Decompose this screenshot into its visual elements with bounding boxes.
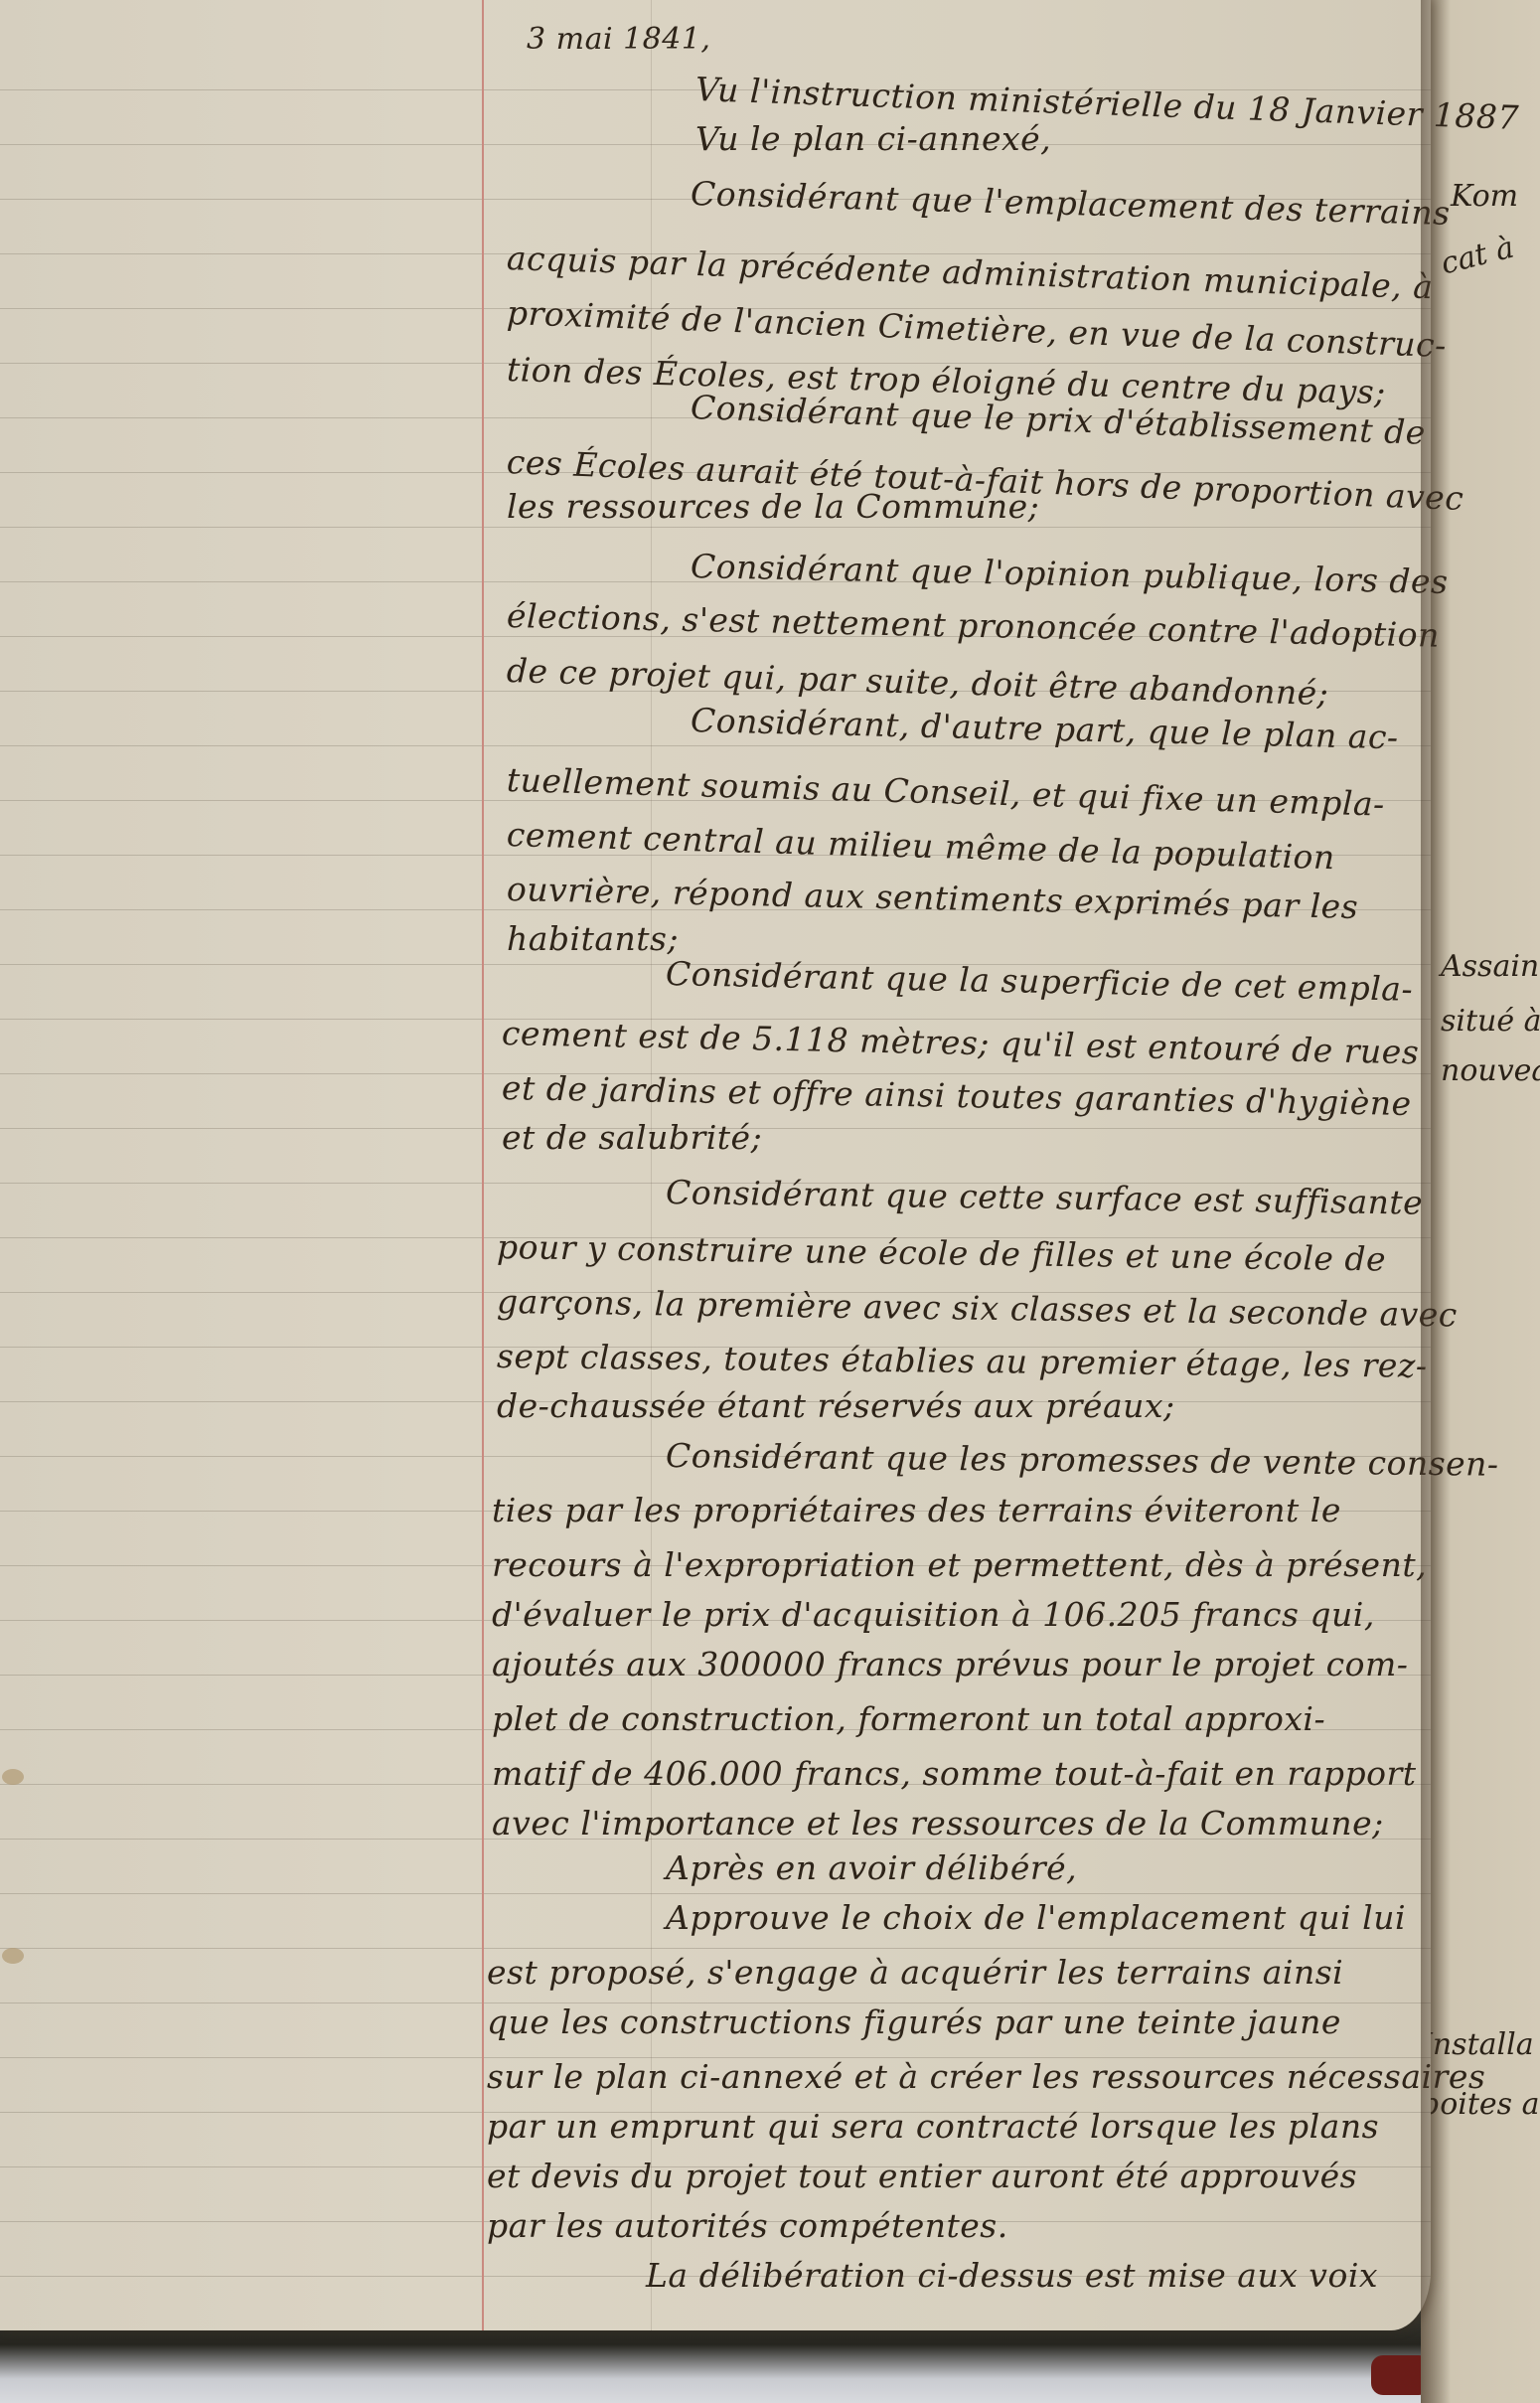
- text-line: matif de 406.000 francs, somme tout-à-fa…: [492, 1754, 1417, 1793]
- header-date: 3 mai 1841,: [527, 22, 710, 57]
- text-line: élections, s'est nettement prononcée con…: [507, 596, 1441, 655]
- text-line: pour y construire une école de filles et…: [497, 1227, 1387, 1278]
- margin-note: Assain: [1441, 949, 1539, 984]
- text-line: Considérant que l'emplacement des terrai…: [690, 174, 1451, 233]
- text-line: ouvrière, répond aux sentiments exprimés…: [507, 870, 1359, 926]
- text-line: que les constructions figurés par une te…: [487, 2002, 1341, 2041]
- text-line: ties par les propriétaires des terrains …: [492, 1491, 1341, 1529]
- text-line: les ressources de la Commune;: [507, 487, 1039, 526]
- text-line: cement est de 5.118 mètres; qu'il est en…: [502, 1014, 1420, 1071]
- paper-stain: [2, 1948, 24, 1964]
- text-line: et de jardins et offre ainsi toutes gara…: [502, 1068, 1412, 1123]
- text-line: recours à l'expropriation et permettent,…: [492, 1545, 1427, 1584]
- text-line: plet de construction, formeront un total…: [492, 1699, 1325, 1738]
- text-line: Considérant que les promesses de vente c…: [666, 1436, 1499, 1484]
- text-line: de ce projet qui, par suite, doit être a…: [506, 651, 1328, 713]
- text-line: tuellement soumis au Conseil, et qui fix…: [506, 760, 1385, 824]
- text-line: par un emprunt qui sera contracté lorsqu…: [487, 2107, 1379, 2146]
- paper-stain: [2, 1769, 24, 1785]
- text-line: cement central au milieu même de la popu…: [506, 815, 1335, 877]
- text-line: et de salubrité;: [502, 1118, 762, 1157]
- text-line: ajoutés aux 300000 francs prévus pour le…: [492, 1645, 1408, 1683]
- text-line: d'évaluer le prix d'acquisition à 106.20…: [492, 1595, 1375, 1634]
- text-line: sur le plan ci-annexé et à créer les res…: [487, 2057, 1485, 2096]
- text-line: Considérant que cette surface est suffis…: [666, 1173, 1424, 1222]
- text-line: par les autorités compétentes.: [487, 2206, 1008, 2245]
- text-line: avec l'importance et les ressources de l…: [492, 1804, 1384, 1842]
- text-line: de-chaussée étant réservés aux préaux;: [497, 1386, 1175, 1425]
- text-line: Vu le plan ci-annexé,: [695, 119, 1051, 158]
- text-line: garçons, la première avec six classes et…: [497, 1282, 1458, 1334]
- text-line: Considérant que l'opinion publique, lors…: [691, 547, 1449, 601]
- margin-note: Kom: [1451, 179, 1518, 214]
- text-line: acquis par la précédente administration …: [506, 239, 1434, 306]
- book-gutter-shadow: [1421, 0, 1451, 2403]
- text-line: est proposé, s'engage à acquérir les ter…: [487, 1953, 1343, 1992]
- red-margin-rule: [482, 0, 484, 2330]
- text-line: sept classes, toutes établies au premier…: [497, 1337, 1428, 1385]
- text-line: Approuve le choix de l'emplacement qui l…: [666, 1898, 1406, 1937]
- text-line: Après en avoir délibéré,: [666, 1848, 1077, 1887]
- text-line: et devis du projet tout entier auront ét…: [487, 2157, 1357, 2195]
- text-line: Considérant que la superficie de cet emp…: [666, 954, 1414, 1009]
- margin-note: nouvea: [1441, 1053, 1540, 1088]
- register-page: 3 mai 1841, Vu l'instruction ministériel…: [0, 0, 1431, 2330]
- text-line: habitants;: [507, 919, 679, 958]
- margin-note: situé à: [1441, 1004, 1540, 1039]
- text-line: La délibération ci-dessus est mise aux v…: [646, 2256, 1378, 2295]
